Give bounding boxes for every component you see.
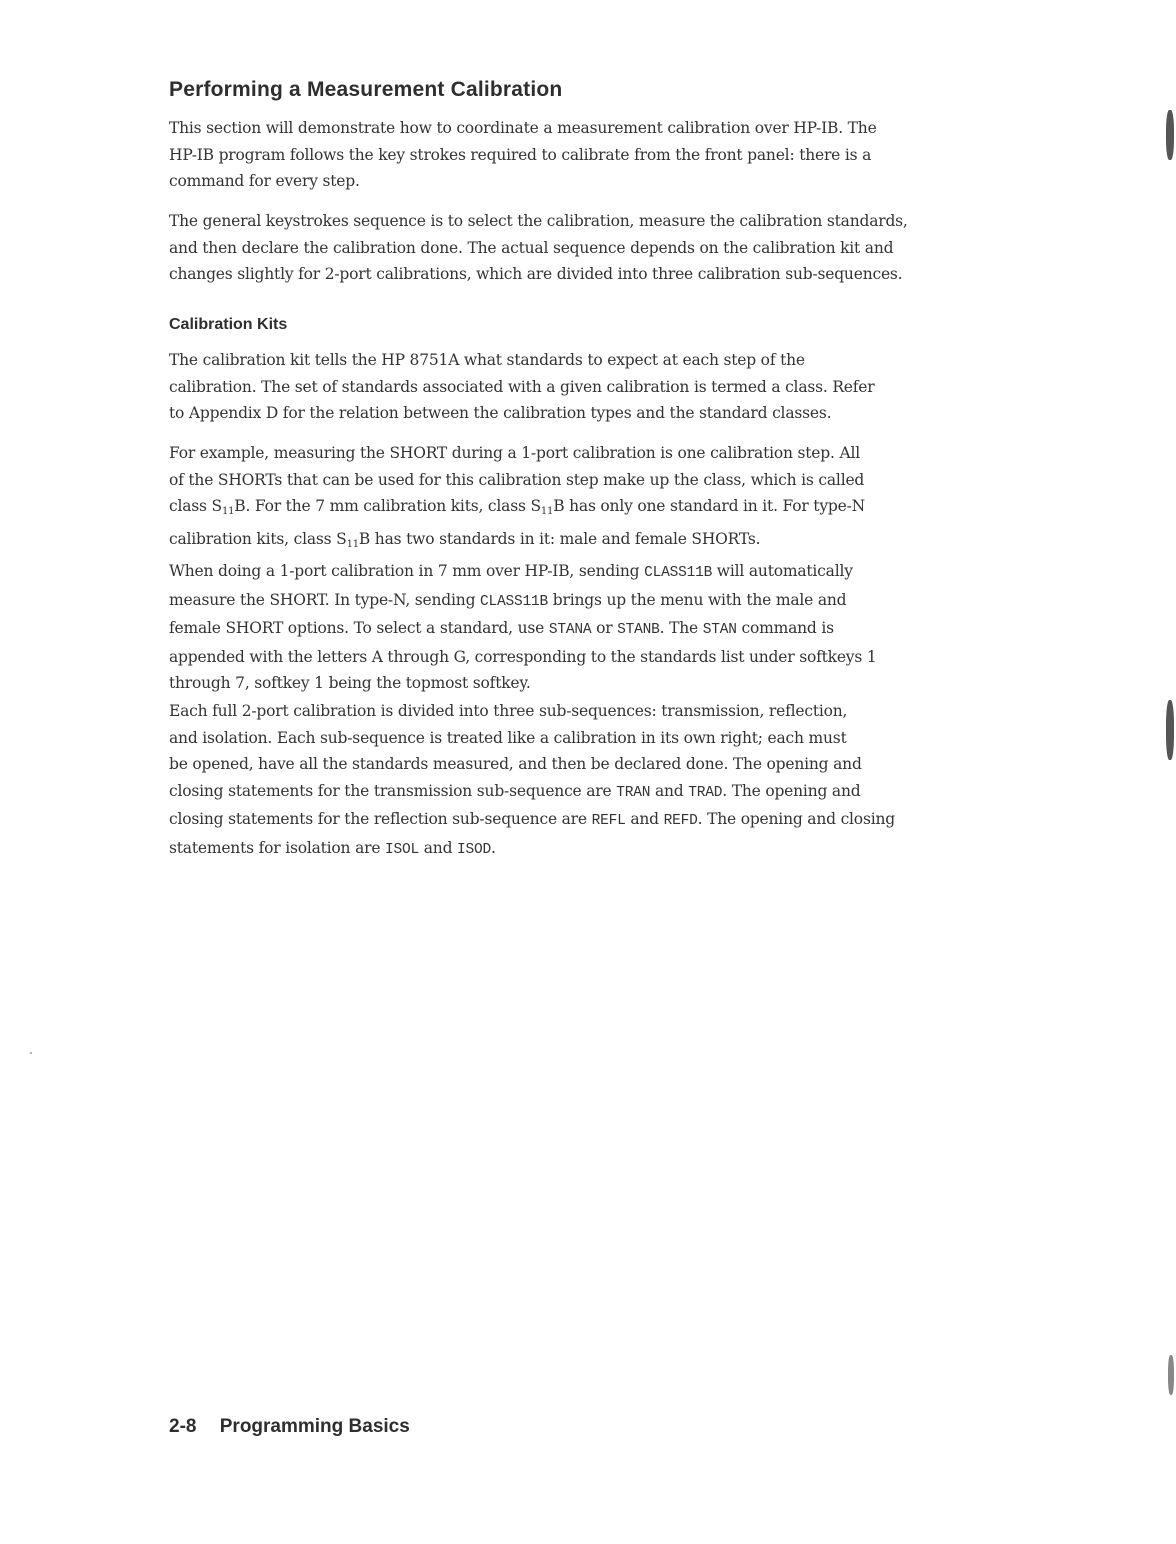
binder-hole-mark	[1168, 1355, 1174, 1395]
two-port-paragraph: Each full 2-port calibration is divided …	[169, 698, 1079, 863]
command-trad: TRAD	[688, 785, 722, 801]
calibration-kits-paragraph: The calibration kit tells the HP 8751A w…	[169, 347, 1079, 427]
command-tran: TRAN	[616, 785, 650, 801]
one-port-paragraph: When doing a 1-port calibration in 7 mm …	[169, 558, 1079, 697]
chapter-title: Programming Basics	[220, 1416, 410, 1437]
intro-paragraph: This section will demonstrate how to coo…	[169, 115, 1079, 195]
document-page: Performing a Measurement Calibration Thi…	[0, 0, 1176, 1544]
command-stan: STAN	[703, 622, 737, 638]
scan-speck	[30, 1052, 32, 1054]
page-footer: 2-8 Programming Basics	[169, 1416, 410, 1438]
command-class11b: CLASS11B	[644, 565, 712, 581]
command-isol: ISOL	[385, 842, 419, 858]
command-isod: ISOD	[457, 842, 491, 858]
general-sequence-paragraph: The general keystrokes sequence is to se…	[169, 208, 1079, 288]
page-number: 2-8	[169, 1416, 196, 1437]
binder-hole-mark	[1166, 110, 1174, 160]
command-stanb: STANB	[617, 622, 660, 638]
binder-hole-mark	[1166, 700, 1174, 760]
subsection-heading: Calibration Kits	[169, 316, 287, 334]
command-refd: REFD	[664, 813, 698, 829]
section-heading: Performing a Measurement Calibration	[169, 78, 562, 102]
example-paragraph: For example, measuring the SHORT during …	[169, 440, 1079, 558]
command-stana: STANA	[549, 622, 592, 638]
command-refl: REFL	[592, 813, 626, 829]
command-class11b: CLASS11B	[480, 594, 548, 610]
